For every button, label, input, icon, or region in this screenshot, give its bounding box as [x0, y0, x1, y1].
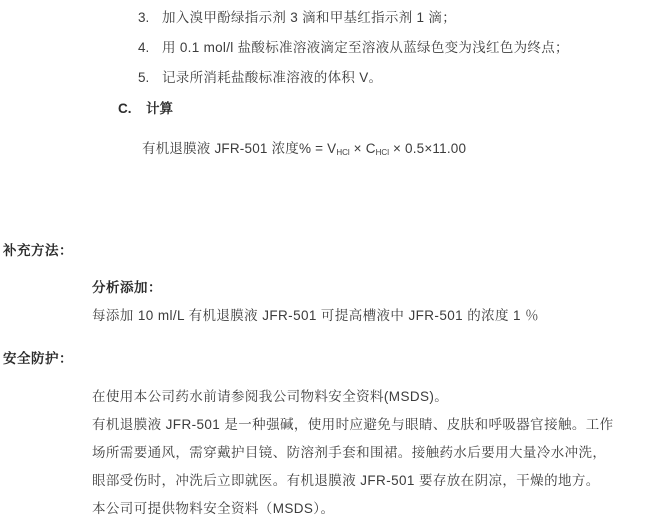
formula-mid: × C [350, 141, 376, 156]
formula-subscript-hcl-1: HCl [336, 148, 349, 157]
procedure-item-text: 加入溴甲酚绿指示剂 3 滴和甲基红指示剂 1 滴； [162, 10, 456, 25]
procedure-item-3: 3.加入溴甲酚绿指示剂 3 滴和甲基红指示剂 1 滴； [138, 6, 456, 26]
safety-line-1: 在使用本公司药水前请参阅我公司物料安全资料(MSDS)。 [92, 385, 448, 405]
supplement-methods-label: 补充方法： [3, 239, 73, 259]
procedure-item-number: 3. [138, 10, 162, 25]
section-c-heading: C.计算 [118, 97, 173, 117]
procedure-item-number: 5. [138, 70, 162, 85]
procedure-item-text: 用 0.1 mol/l 盐酸标准溶液滴定至溶液从蓝绿色变为浅红色为终点； [162, 40, 569, 55]
document-page: 3.加入溴甲酚绿指示剂 3 滴和甲基红指示剂 1 滴； 4.用 0.1 mol/… [0, 0, 652, 526]
formula-suffix: × 0.5×11.00 [389, 141, 466, 156]
safety-protection-label: 安全防护： [3, 347, 73, 367]
safety-line-2: 有机退膜液 JFR-501 是一种强碱，使用时应避免与眼睛、皮肤和呼吸器官接触。… [92, 413, 614, 433]
section-c-title: 计算 [146, 101, 173, 116]
safety-line-3: 场所需要通风，需穿戴护目镜、防溶剂手套和围裙。接触药水后要用大量冷水冲洗， [92, 441, 606, 461]
safety-line-5: 本公司可提供物料安全资料（MSDS）。 [92, 497, 334, 517]
procedure-item-5: 5.记录所消耗盐酸标准溶液的体积 V。 [138, 66, 382, 86]
procedure-item-text: 记录所消耗盐酸标准溶液的体积 V。 [162, 70, 382, 85]
procedure-item-number: 4. [138, 40, 162, 55]
safety-line-4: 眼部受伤时，冲洗后立即就医。有机退膜液 JFR-501 要存放在阴凉，干燥的地方… [92, 469, 600, 489]
section-c-letter: C. [118, 101, 146, 116]
procedure-item-4: 4.用 0.1 mol/l 盐酸标准溶液滴定至溶液从蓝绿色变为浅红色为终点； [138, 36, 569, 56]
formula-prefix: 有机退膜液 JFR-501 浓度% = V [142, 141, 336, 156]
concentration-formula: 有机退膜液 JFR-501 浓度% = VHCl × CHCl × 0.5×11… [142, 137, 466, 157]
formula-subscript-hcl-2: HCl [376, 148, 389, 157]
analysis-addition-text: 每添加 10 ml/L 有机退膜液 JFR-501 可提高槽液中 JFR-501… [92, 304, 539, 324]
analysis-addition-label: 分析添加： [92, 276, 162, 296]
